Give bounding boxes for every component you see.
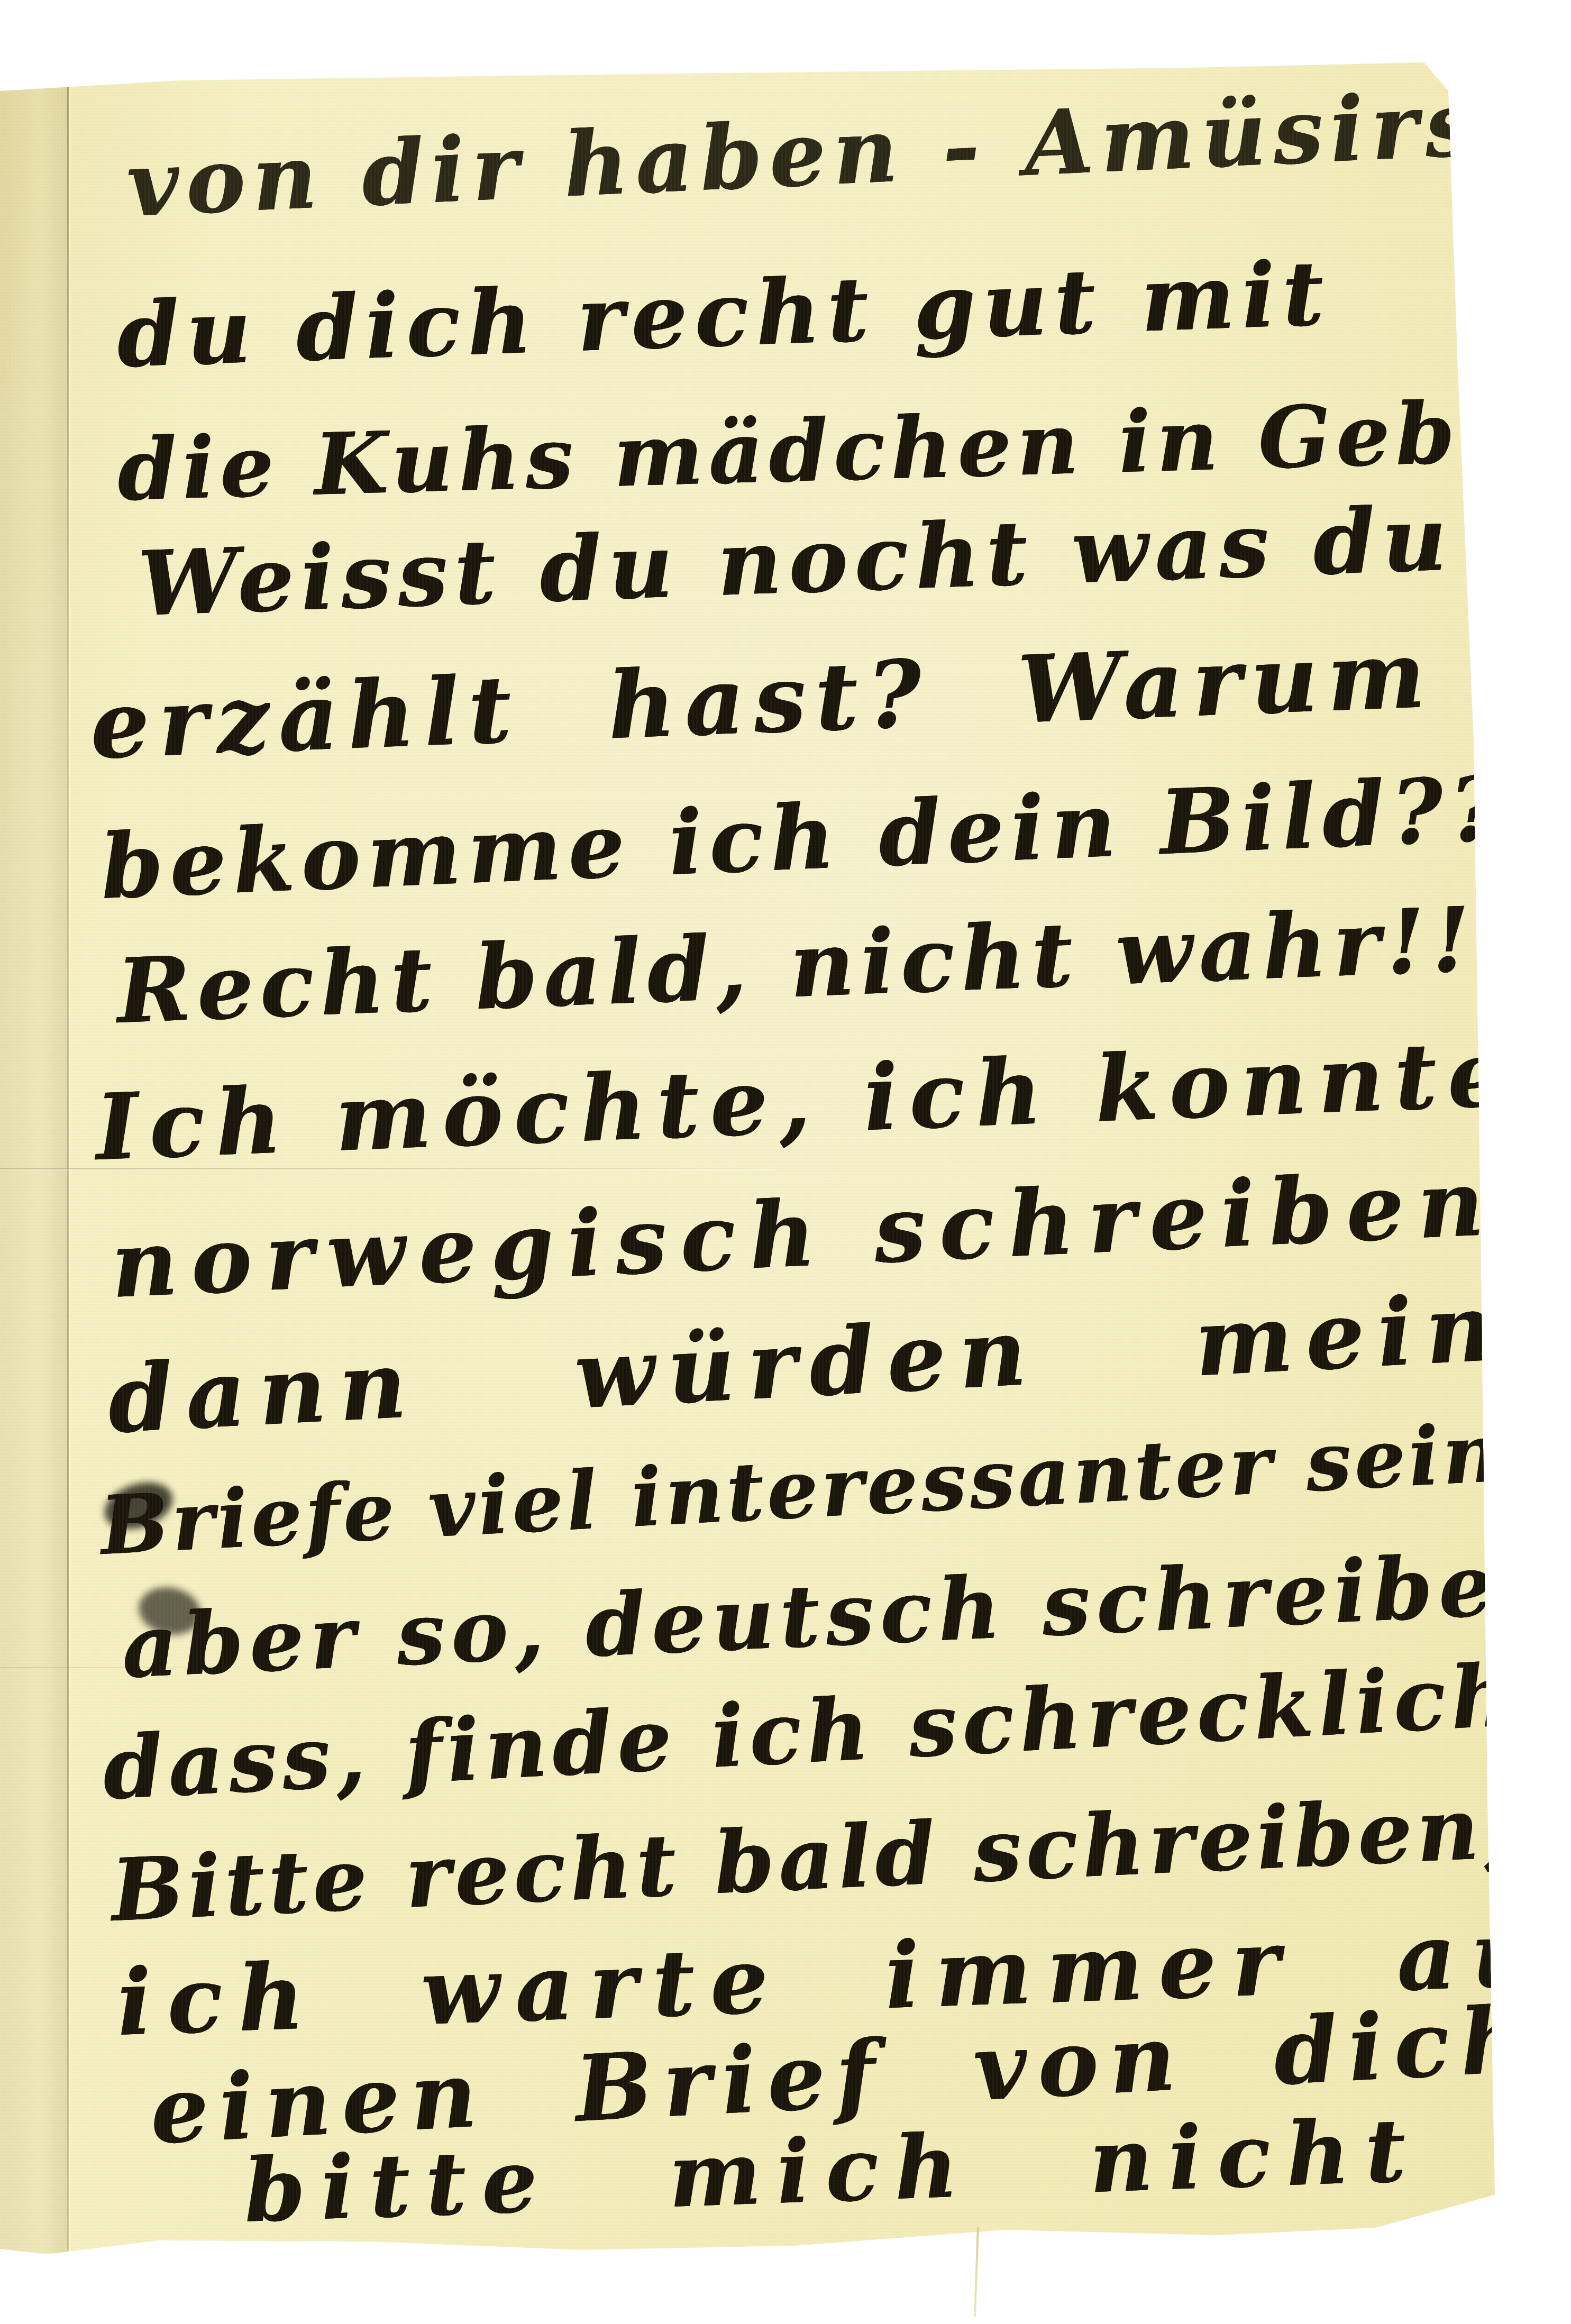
left-fold-strip: [0, 77, 68, 2253]
letter-line-5: erzählt hast? Warum: [88, 620, 1436, 780]
scanned-letter-page: von dir haben - Amüsirst du dich recht g…: [0, 0, 1571, 2324]
paper-fiber: [974, 2227, 979, 2317]
letter-line-1: von dir haben - Amüsirst: [125, 69, 1532, 237]
letter-line-7: Recht bald, nicht wahr!!: [115, 886, 1478, 1044]
letter-line-2: du dich recht gut mit: [115, 241, 1332, 388]
paper-sheet: von dir haben - Amüsirst du dich recht g…: [0, 0, 1571, 2324]
vertical-fold-crease-highlight: [69, 79, 70, 2250]
